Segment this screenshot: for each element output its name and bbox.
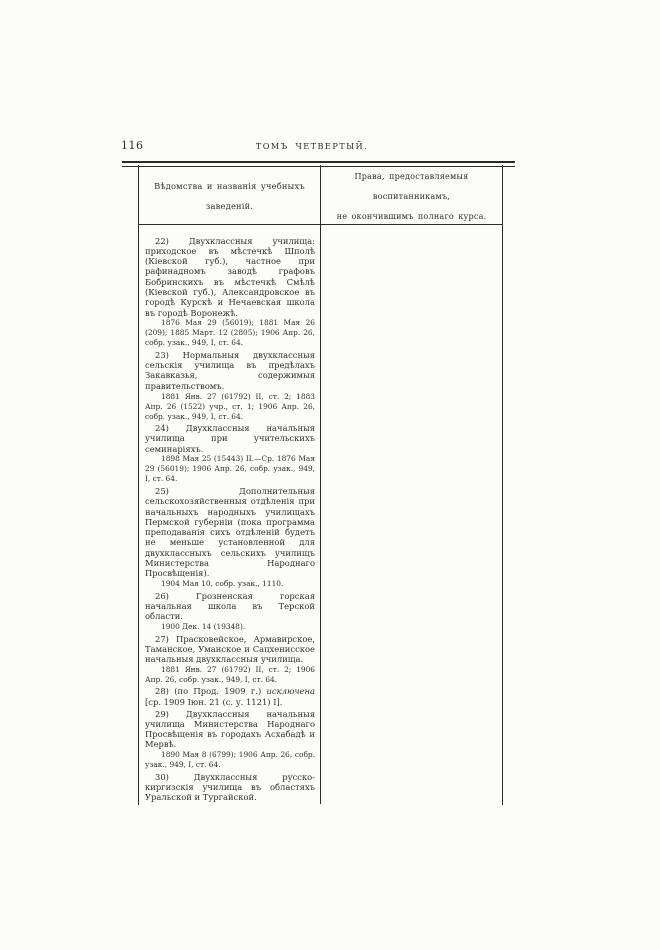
entry-item-30: 30) Двухклассныя русско-киргизскія учили… (145, 772, 315, 803)
table-body-row: 22) Двухклассныя училища: приходское въ … (139, 225, 502, 804)
running-head: ТОМЪ ЧЕТВЕРТЫЙ. (122, 141, 502, 151)
entry-citation-27: 1881 Янв. 27 (61792) II, ст. 2; 1906 Апр… (145, 665, 315, 685)
entry-text: 22) Двухклассныя училища: приходское въ … (145, 236, 315, 318)
entry-item-23: 23) Нормальныя двухклассныя сельскія учи… (145, 350, 315, 391)
column-header-rights-line1: Права, предоставляемыя воспитанникамъ, (325, 166, 498, 206)
column-header-institutions-line1: Вѣдомства и названія учебныхъ (143, 176, 316, 196)
entry-citation-26: 1900 Дек. 14 (19348). (145, 622, 315, 632)
entry-item-22: 22) Двухклассныя училища: приходское въ … (145, 236, 315, 318)
rights-column-empty (321, 225, 502, 804)
entry-item-26: 26) Грозненская горская начальная школа … (145, 591, 315, 622)
entry-text: 27) Прасковейское, Армавирское, Таманско… (145, 634, 315, 665)
entries-table: Вѣдомства и названія учебныхъ заведеній.… (138, 165, 503, 805)
entry-text: 25) Дополнительныя сельскохозяйственныя … (145, 486, 315, 578)
entry-item-29: 29) Двухклассныя начальныя училища Минис… (145, 709, 315, 750)
entry-text: 28) (по Прод. 1909 г.) (155, 686, 267, 696)
entry-item-25: 25) Дополнительныя сельскохозяйственныя … (145, 486, 315, 579)
entry-citation-22: 1876 Мая 29 (56019); 1881 Мая 26 (209); … (145, 318, 315, 348)
entry-item-28: 28) (по Прод. 1909 г.) исключена [ср. 19… (145, 686, 315, 707)
entry-citation-30: 1887 Дек. 1 (4852); 1889 Ноябр. 20 (6372… (145, 803, 315, 804)
column-header-institutions: Вѣдомства и названія учебныхъ заведеній. (139, 165, 321, 224)
column-header-rights-line2: не окончившимъ полнаго курса. (325, 206, 498, 226)
entry-text: [ср. 1909 Іюн. 21 (с. у. 1121) I]. (145, 697, 282, 707)
entry-citation-23: 1881 Янв. 27 (61792) II, ст. 2; 1883 Апр… (145, 392, 315, 422)
entry-item-24: 24) Двухклассныя начальныя училища при у… (145, 423, 315, 454)
entry-text-italic: исключена (267, 686, 315, 696)
entry-text: 30) Двухклассныя русско-киргизскія учили… (145, 772, 315, 803)
scanned-book-page: 116 ТОМЪ ЧЕТВЕРТЫЙ. Вѣдомства и названія… (0, 0, 660, 950)
entry-text: 26) Грозненская горская начальная школа … (145, 591, 315, 622)
entry-citation-29: 1890 Мая 8 (6799); 1906 Апр. 26, собр. у… (145, 750, 315, 770)
entry-text: 29) Двухклассныя начальныя училища Минис… (145, 709, 315, 750)
entry-citation-24: 1898 Мая 25 (15443) II.—Ср. 1876 Мая 29 … (145, 454, 315, 484)
entry-citation-25: 1904 Мая 10, собр. узак., 1110. (145, 579, 315, 589)
institutions-column: 22) Двухклассныя училища: приходское въ … (139, 225, 321, 804)
column-header-institutions-line2: заведеній. (143, 196, 316, 216)
entry-text: 24) Двухклассныя начальныя училища при у… (145, 423, 315, 454)
entry-text: 23) Нормальныя двухклассныя сельскія учи… (145, 350, 315, 391)
entry-item-27: 27) Прасковейское, Армавирское, Таманско… (145, 634, 315, 665)
column-header-rights: Права, предоставляемыя воспитанникамъ, н… (321, 165, 502, 224)
table-header-row: Вѣдомства и названія учебныхъ заведеній.… (139, 165, 502, 225)
